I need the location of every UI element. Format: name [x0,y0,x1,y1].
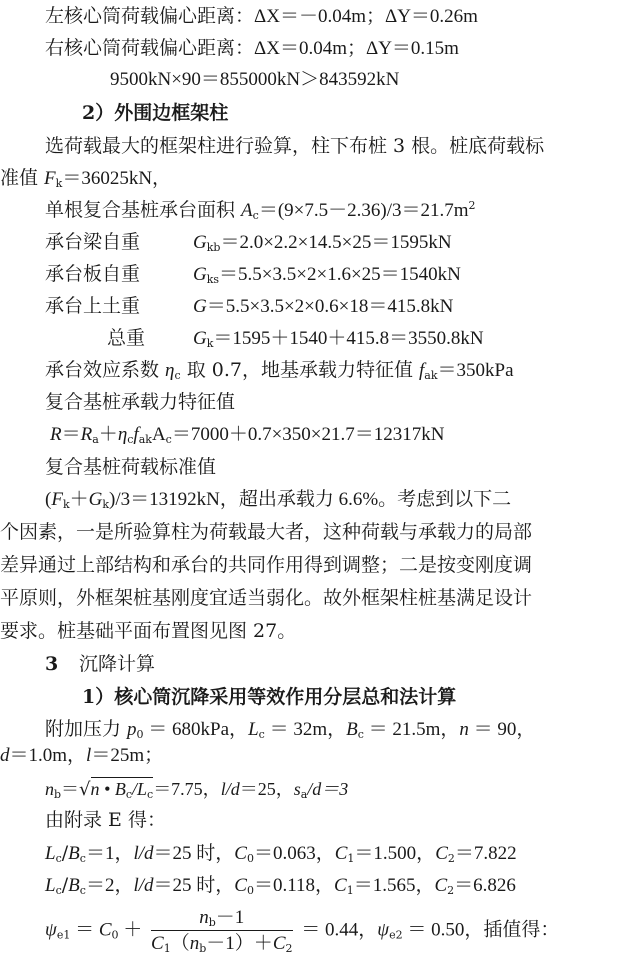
section-heading-outer-frame-columns: 2）外围边框架柱 [82,101,228,125]
var: R [50,424,62,445]
paragraph-line: (Fk＋Gk)/3＝13192kN，超出承载力 6.6%。考虑到以下二 [45,487,511,512]
text: ＝7.822 [455,843,517,864]
var: l/d [133,875,153,896]
text: ＝ 680kPa， [144,719,249,740]
var: C [234,843,247,864]
capacity-check: 9500kN×90＝855000kN＞843592kN [110,68,399,92]
text: ＝ 21.5m， [364,719,460,740]
var: /L [132,779,147,799]
text: 承台效应系数 [45,359,165,381]
text: ＝0.063， [254,843,335,864]
text: ＝ 0.50，插值得： [403,920,560,941]
subscript: 1 [347,884,354,897]
text: ＝ 90， [469,719,536,740]
text: －1 [216,907,245,928]
var: F [44,168,56,189]
text: ＝25 时， [154,875,235,896]
cap-area-formula: 单根复合基桩承台面积 Ac＝(9×7.5－2.36)/3＝21.7m2 [45,198,476,223]
var: p [127,719,137,740]
label: 承台板自重 [45,262,145,286]
text: ＝1595＋1540＋415.8＝3550.8kN [213,328,483,349]
subsection-heading-core-settlement: 1）核心筒沉降采用等效作用分层总和法计算 [82,685,456,709]
cap-slab-weight: 承台板自重Gks＝5.5×3.5×2×1.6×25＝1540kN [45,262,461,287]
var: C [334,875,347,896]
cap-beam-weight: 承台梁自重Gkb＝2.0×2.2×14.5×25＝1595kN [45,230,452,255]
text: 附加压力 [45,718,127,740]
section-number: 3 [45,652,79,676]
text: ＝1.0m， [10,745,87,766]
psi-formula: ψe1 ＝ C0 ＋ nb－1C1（nb－1）＋C2 ＝ 0.44，ψe2 ＝ … [45,905,559,955]
superscript: 2 [469,199,476,212]
var: n [459,719,469,740]
text: －1）＋ [206,933,273,954]
var: ψ [377,920,389,941]
var: ψ [45,920,57,941]
var: C [151,933,164,954]
text: ＝350kPa [438,360,514,381]
paragraph-line: 差异通过上部结构和承台的共同作用得到调整；二是按变刚度调 [0,553,532,577]
paragraph-line: 要求。桩基础平面布置图见图 27。 [0,619,296,643]
sqrt-icon: √ [79,779,90,800]
var: n [45,779,54,799]
nb-formula: nb＝√n • Bc/Lc＝7.75，l/d＝25，sa/d＝3 [45,777,348,802]
text: ＝1， [86,843,134,864]
subscript: kb [207,241,221,254]
var: A [241,200,253,221]
text: ＝ 0.44， [297,920,378,941]
coefficient-row-2: Lc/Bc＝2，l/d＝25 时，C0＝0.118，C1＝1.565，C2＝6.… [45,873,516,898]
paragraph-line: d＝1.0m，l＝25m； [0,743,163,768]
subscript: ks [207,273,219,286]
var: G [193,264,207,285]
cap-effect-coefficient: 承台效应系数 ηc 取 0.7，地基承载力特征值 fak＝350kPa [45,358,514,383]
text: ＝ 32m， [265,719,346,740]
subscript: 0 [137,728,144,741]
text: （ [171,932,190,954]
var: G [193,328,207,349]
subscript: 0 [112,929,119,942]
text: 准值 [0,167,44,189]
text: ＝2， [86,875,134,896]
subscript: 2 [286,942,293,955]
paragraph-line: 平原则，外框架桩基刚度宜适当弱化。故外框架柱桩基满足设计 [0,586,532,610]
var: C [273,933,286,954]
text: ＝(9×7.5－2.36)/3＝21.7m [259,200,469,221]
var: C [99,920,112,941]
denominator: C1（nb－1）＋C2 [151,931,292,955]
text: ＝5.5×3.5×2×1.6×25＝1540kN [219,264,461,285]
text: ＋ [119,920,148,941]
text: /d＝3 [307,779,348,799]
var: l/d [133,843,153,864]
sqrt-content: n • Bc/Lc [91,777,154,800]
var: A [152,424,166,445]
text: ＝2.0×2.2×14.5×25＝1595kN [220,232,451,253]
subscript: ak [139,433,152,446]
var: d [0,745,10,766]
var: L [248,719,259,740]
text: ＝25m； [91,745,163,766]
text: 取 0.7，地基承载力特征值 [181,359,419,381]
var: s [294,779,301,799]
paragraph-line: 选荷载最大的框架柱进行验算，柱下布桩 3 根。桩底荷载标 [45,134,544,158]
subscript: e1 [57,929,71,942]
text: ＝7.75， [153,779,221,799]
text: ＝ [70,920,99,941]
text: ＋ [70,488,89,510]
text: ＝25， [240,779,294,799]
text: ＝6.826 [454,875,516,896]
text: ＝5.5×3.5×2×0.6×18＝415.8kN [207,296,454,317]
var: C [335,843,348,864]
subscript: b [54,788,61,801]
var: R [81,424,93,445]
label: 左核心筒荷载偏心距离： [45,5,254,27]
total-weight: 总重Gk＝1595＋1540＋415.8＝3550.8kN [45,326,484,351]
var: C [234,875,247,896]
var: B [68,843,80,864]
text: ＝25 时， [154,843,235,864]
var: C [435,843,448,864]
text: ＝7000＋0.7×350×21.7＝12317kN [172,424,445,445]
var: G [89,489,103,510]
label: 承台上土重 [45,294,145,318]
capacity-formula: R＝Ra＋ηcfakAc＝7000＋0.7×350×21.7＝12317kN [50,422,445,447]
var: l/d [221,779,240,799]
subscript: e2 [389,929,403,942]
left-core-eccentricity: 左核心筒荷载偏心距离：ΔX＝－0.04m；ΔY＝0.26m [45,4,478,29]
subscript: 0 [247,852,254,865]
subscript: k [63,498,70,511]
label: 总重 [45,326,145,350]
subscript: b [209,916,216,929]
text: ＝1.500， [354,843,435,864]
section-heading-settlement: 3沉降计算 [45,652,155,676]
text: )/3＝13192kN，超出承载力 6.6%。考虑到以下二 [109,489,511,510]
text: ＝36025kN， [62,168,171,189]
var: G [193,232,207,253]
paragraph-line: 个因素，一是所验算柱为荷载最大者，这种荷载与承载力的局部 [0,520,532,544]
soil-weight: 承台上土重G＝5.5×3.5×2×0.6×18＝415.8kN [45,294,453,319]
label: 右核心筒荷载偏心距离： [45,37,254,59]
expression: ΔX＝0.04m；ΔY＝0.15m [254,38,459,59]
var: L [45,875,56,896]
paragraph-line: 附加压力 p0 ＝ 680kPa，Lc ＝ 32m，Bc ＝ 21.5m，n ＝… [45,717,535,742]
text: ＝ [62,423,81,445]
var: n [190,933,200,954]
label: 单根复合基桩承台面积 [45,199,241,221]
var: G [193,296,207,317]
expression: ΔX＝－0.04m；ΔY＝0.26m [254,6,478,27]
paragraph-line: 准值 Fk＝36025kN， [0,166,171,191]
numerator: nb－1 [151,905,292,931]
var: B [346,719,358,740]
text: ＝0.118， [254,875,334,896]
paragraph-line: 复合基桩承载力特征值 [45,390,235,414]
text: ＋ [99,423,118,445]
fraction: nb－1C1（nb－1）＋C2 [151,905,292,955]
var: n • B [91,779,126,799]
section-title: 沉降计算 [79,653,155,675]
subscript: 0 [247,884,254,897]
var: F [51,489,63,510]
var: B [68,875,80,896]
subscript: 1 [164,942,171,955]
coefficient-row-1: Lc/Bc＝1，l/d＝25 时，C0＝0.063，C1＝1.500，C2＝7.… [45,841,517,866]
var: C [434,875,447,896]
label: 承台梁自重 [45,230,145,254]
right-core-eccentricity: 右核心筒荷载偏心距离：ΔX＝0.04m；ΔY＝0.15m [45,36,459,61]
var: L [45,843,56,864]
text: ＝ [61,779,79,800]
paragraph-line: 复合基桩荷载标准值 [45,455,216,479]
subscript: ak [424,369,437,382]
var: η [118,424,127,445]
subscript: 2 [448,852,455,865]
text: ＝1.565， [354,875,435,896]
var: n [199,907,209,928]
paragraph-line: 由附录 E 得： [45,808,166,832]
